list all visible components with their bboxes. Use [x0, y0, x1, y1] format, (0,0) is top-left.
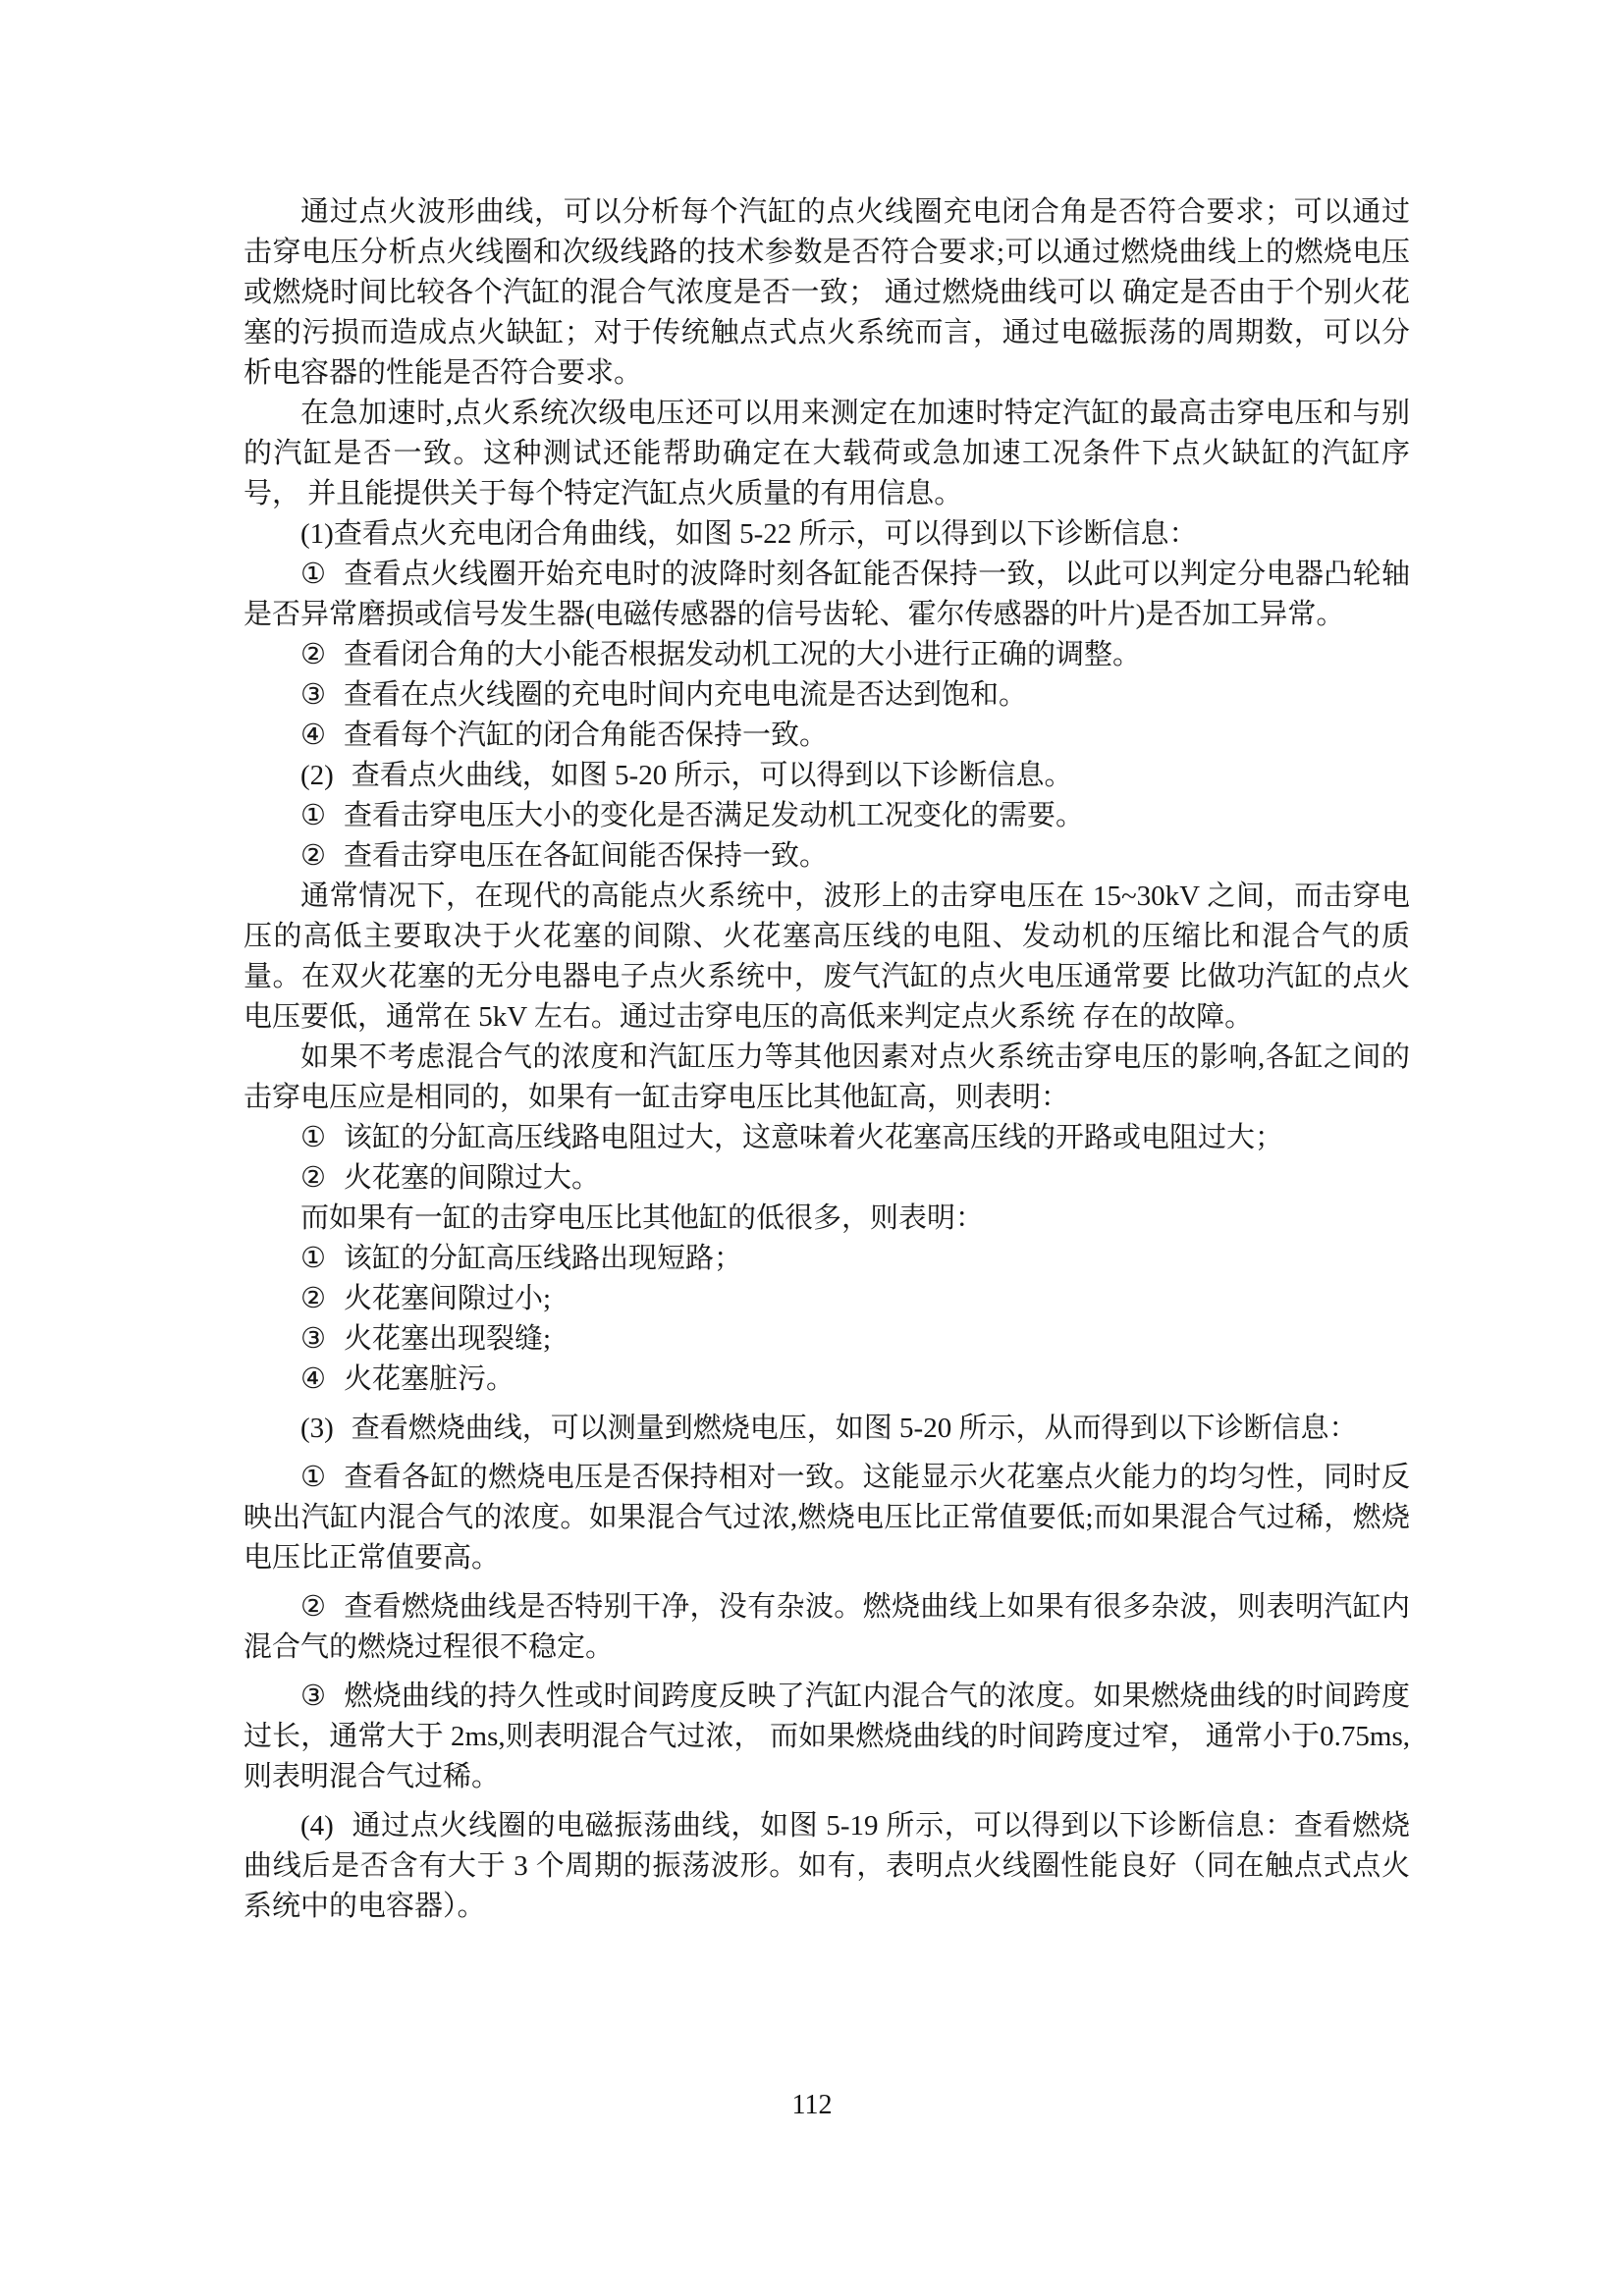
list-item: ④查看每个汽缸的闭合角能否保持一致。: [244, 716, 1410, 756]
list-item-text: 查看每个汽缸的闭合角能否保持一致。: [344, 720, 828, 751]
list-item: ②查看燃烧曲线是否特别干净，没有杂波。燃烧曲线上如果有很多杂波，则表明汽缸内混合…: [244, 1587, 1410, 1668]
paragraph-text: 在急加速时,点火系统次级电压还可以用来测定在加速时特定汽缸的最高击穿电压和与别的…: [244, 398, 1410, 509]
list-item: (3)查看燃烧曲线，可以测量到燃烧电压，如图 5-20 所示，从而得到以下诊断信…: [244, 1409, 1410, 1449]
list-item-text: 查看击穿电压大小的变化是否满足发动机工况变化的需要。: [344, 800, 1084, 831]
list-item: ③查看在点火线圈的充电时间内充电电流是否达到饱和。: [244, 675, 1410, 716]
list-item-text: 火花塞间隙过小;: [344, 1283, 551, 1314]
list-marker: ②: [300, 639, 326, 670]
list-item-text: 该缸的分缸高压线路电阻过大，这意味着火花塞高压线的开路或电阻过大；: [344, 1122, 1283, 1153]
list-item-text: 查看点火线圈开始充电时的波降时刻各缸能否保持一致，以此可以判定分电器凸轮轴是否异…: [244, 559, 1410, 630]
list-item: (4)通过点火线圈的电磁振荡曲线，如图 5-19 所示，可以得到以下诊断信息：查…: [244, 1806, 1410, 1927]
list-item-text: 该缸的分缸高压线路出现短路；: [344, 1243, 742, 1274]
list-marker: ④: [300, 1363, 326, 1395]
list-item: ③燃烧曲线的持久性或时间跨度反映了汽缸内混合气的浓度。如果燃烧曲线的时间跨度过长…: [244, 1677, 1410, 1797]
list-item: ③火花塞出现裂缝;: [244, 1319, 1410, 1360]
list-marker: ①: [300, 1122, 326, 1153]
list-marker: ②: [300, 840, 326, 872]
list-marker: ③: [300, 679, 326, 711]
list-item: (2)查看点火曲线，如图 5-20 所示，可以得到以下诊断信息。: [244, 756, 1410, 796]
list-item: ①查看击穿电压大小的变化是否满足发动机工况变化的需要。: [244, 796, 1410, 836]
list-item: ②查看闭合角的大小能否根据发动机工况的大小进行正确的调整。: [244, 635, 1410, 675]
list-marker: (3): [300, 1413, 334, 1444]
list-item-text: 火花塞出现裂缝;: [344, 1323, 551, 1355]
paragraph: 如果不考虑混合气的浓度和汽缸压力等其他因素对点火系统击穿电压的影响,各缸之间的击…: [244, 1038, 1410, 1118]
paragraph-text: 通过点火波形曲线，可以分析每个汽缸的点火线圈充电闭合角是否符合要求；可以通过击穿…: [244, 196, 1410, 389]
paragraph: 在急加速时,点火系统次级电压还可以用来测定在加速时特定汽缸的最高击穿电压和与别的…: [244, 394, 1410, 514]
page-body-text: 通过点火波形曲线，可以分析每个汽缸的点火线圈充电闭合角是否符合要求；可以通过击穿…: [244, 192, 1410, 1927]
list-marker: ①: [300, 1462, 326, 1493]
list-item-text: 查看点火充电闭合角曲线，如图 5-22 所示，可以得到以下诊断信息：: [334, 518, 1198, 550]
list-marker: (2): [300, 760, 334, 791]
list-item-text: 查看点火曲线，如图 5-20 所示，可以得到以下诊断信息。: [352, 760, 1073, 791]
paragraph-text: 如果不考虑混合气的浓度和汽缸压力等其他因素对点火系统击穿电压的影响,各缸之间的击…: [244, 1041, 1410, 1113]
list-item-text: 火花塞脏污。: [344, 1363, 514, 1395]
page-number: 112: [0, 2089, 1624, 2122]
list-item-text: 燃烧曲线的持久性或时间跨度反映了汽缸内混合气的浓度。如果燃烧曲线的时间跨度过长，…: [244, 1681, 1410, 1792]
list-marker: (4): [300, 1810, 334, 1842]
list-item: (1)查看点火充电闭合角曲线，如图 5-22 所示，可以得到以下诊断信息：: [244, 514, 1410, 555]
list-item-text: 查看闭合角的大小能否根据发动机工况的大小进行正确的调整。: [344, 639, 1141, 670]
list-item-text: 查看燃烧曲线，可以测量到燃烧电压，如图 5-20 所示，从而得到以下诊断信息：: [352, 1413, 1358, 1444]
list-item: ②火花塞间隙过小;: [244, 1279, 1410, 1319]
paragraph-text: 而如果有一缸的击穿电压比其他缸的低很多，则表明：: [300, 1202, 984, 1234]
paragraph: 通常情况下，在现代的高能点火系统中，波形上的击穿电压在 15~30kV 之间，而…: [244, 877, 1410, 1038]
list-item: ①查看点火线圈开始充电时的波降时刻各缸能否保持一致，以此可以判定分电器凸轮轴是否…: [244, 555, 1410, 635]
list-marker: ②: [300, 1162, 326, 1194]
list-item-text: 火花塞的间隙过大。: [344, 1162, 600, 1194]
paragraph-text: 通常情况下，在现代的高能点火系统中，波形上的击穿电压在 15~30kV 之间，而…: [244, 881, 1410, 1033]
list-item: ②火花塞的间隙过大。: [244, 1158, 1410, 1199]
list-marker: (1): [300, 518, 334, 550]
list-item-text: 查看在点火线圈的充电时间内充电电流是否达到饱和。: [344, 679, 1027, 711]
list-marker: ①: [300, 559, 326, 590]
list-item: ①该缸的分缸高压线路出现短路；: [244, 1239, 1410, 1279]
list-marker: ①: [300, 1243, 326, 1274]
list-item: ①该缸的分缸高压线路电阻过大，这意味着火花塞高压线的开路或电阻过大；: [244, 1118, 1410, 1158]
list-marker: ③: [300, 1323, 326, 1355]
list-item-text: 查看燃烧曲线是否特别干净，没有杂波。燃烧曲线上如果有很多杂波，则表明汽缸内混合气…: [244, 1591, 1410, 1663]
list-marker: ①: [300, 800, 326, 831]
paragraph: 通过点火波形曲线，可以分析每个汽缸的点火线圈充电闭合角是否符合要求；可以通过击穿…: [244, 192, 1410, 394]
list-marker: ④: [300, 720, 326, 751]
paragraph: 而如果有一缸的击穿电压比其他缸的低很多，则表明：: [244, 1199, 1410, 1239]
document-page: 通过点火波形曲线，可以分析每个汽缸的点火线圈充电闭合角是否符合要求；可以通过击穿…: [0, 0, 1624, 2296]
list-item: ②查看击穿电压在各缸间能否保持一致。: [244, 836, 1410, 877]
list-item-text: 查看各缸的燃烧电压是否保持相对一致。这能显示火花塞点火能力的均匀性，同时反映出汽…: [244, 1462, 1410, 1574]
list-item-text: 通过点火线圈的电磁振荡曲线，如图 5-19 所示，可以得到以下诊断信息：查看燃烧…: [244, 1810, 1410, 1922]
list-item: ①查看各缸的燃烧电压是否保持相对一致。这能显示火花塞点火能力的均匀性，同时反映出…: [244, 1458, 1410, 1578]
list-marker: ②: [300, 1591, 326, 1623]
list-item: ④火花塞脏污。: [244, 1360, 1410, 1400]
list-marker: ②: [300, 1283, 326, 1314]
list-marker: ③: [300, 1681, 326, 1712]
list-item-text: 查看击穿电压在各缸间能否保持一致。: [344, 840, 828, 872]
